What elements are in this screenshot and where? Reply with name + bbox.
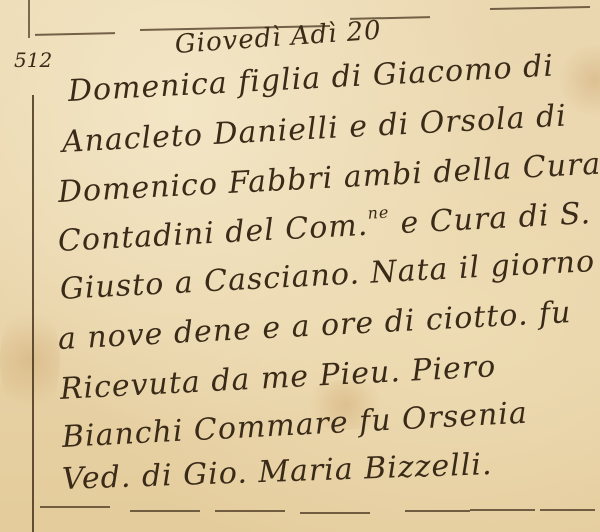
header-rule: [35, 32, 115, 36]
superscript: ne: [367, 203, 390, 223]
text-line-2: Anacleto Danielli e di Orsola di: [61, 99, 568, 160]
closing-rule: [215, 510, 285, 512]
closing-rule: [540, 509, 595, 511]
text-line-9: Ved. di Gio. Maria Bizzelli.: [61, 447, 493, 497]
closing-rule: [300, 512, 370, 514]
text-line-4a: Contadini del Com.: [57, 208, 369, 259]
text-line-8: Bianchi Commare fu Orsenia: [61, 396, 529, 455]
text-line-7: Ricevuta da me Pieu. Piero: [59, 349, 497, 407]
margin-rule: [32, 95, 34, 532]
text-line-6: a nove dene e a ore di ciotto. fu: [57, 295, 572, 357]
closing-rule: [130, 510, 200, 512]
closing-rule: [40, 506, 110, 508]
closing-rule: [405, 510, 470, 512]
header-rule: [490, 6, 590, 10]
closing-rule: [470, 509, 535, 511]
manuscript-photo: 512 Giovedì Adì 20 Domenica figlia di Gi…: [0, 0, 600, 532]
heading-date: Giovedì Adì 20: [174, 16, 383, 60]
paper-stain: [0, 300, 60, 420]
text-line-1: Domenica figlia di Giacomo di: [67, 49, 555, 109]
margin-rule-top: [28, 0, 30, 38]
text-line-4b: e Cura di S.: [400, 196, 592, 241]
entry-number: 512: [14, 48, 52, 72]
